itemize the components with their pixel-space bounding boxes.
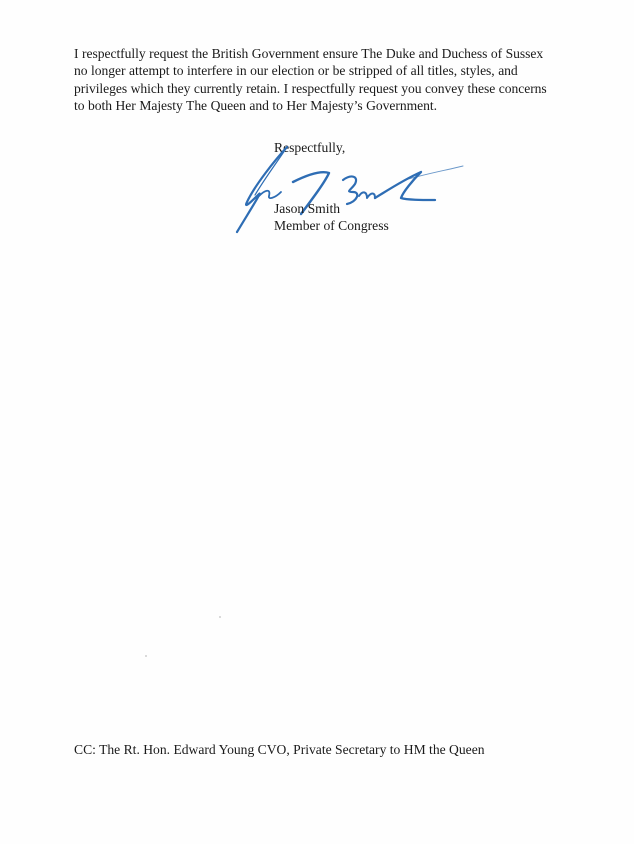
body-line: no longer attempt to interfere in our el… bbox=[74, 62, 574, 79]
cc-line: CC: The Rt. Hon. Edward Young CVO, Priva… bbox=[74, 741, 485, 758]
scan-speck bbox=[219, 616, 221, 618]
scan-speck bbox=[145, 655, 147, 657]
letter-page: I respectfully request the British Gover… bbox=[0, 0, 634, 844]
signer-name: Jason Smith bbox=[274, 200, 340, 217]
signer-title: Member of Congress bbox=[274, 217, 389, 234]
letter-body-paragraph: I respectfully request the British Gover… bbox=[74, 45, 574, 115]
body-line: I respectfully request the British Gover… bbox=[74, 45, 574, 62]
closing-salutation: Respectfully, bbox=[274, 139, 345, 156]
body-line: to both Her Majesty The Queen and to Her… bbox=[74, 97, 574, 114]
body-line: privileges which they currently retain. … bbox=[74, 80, 574, 97]
